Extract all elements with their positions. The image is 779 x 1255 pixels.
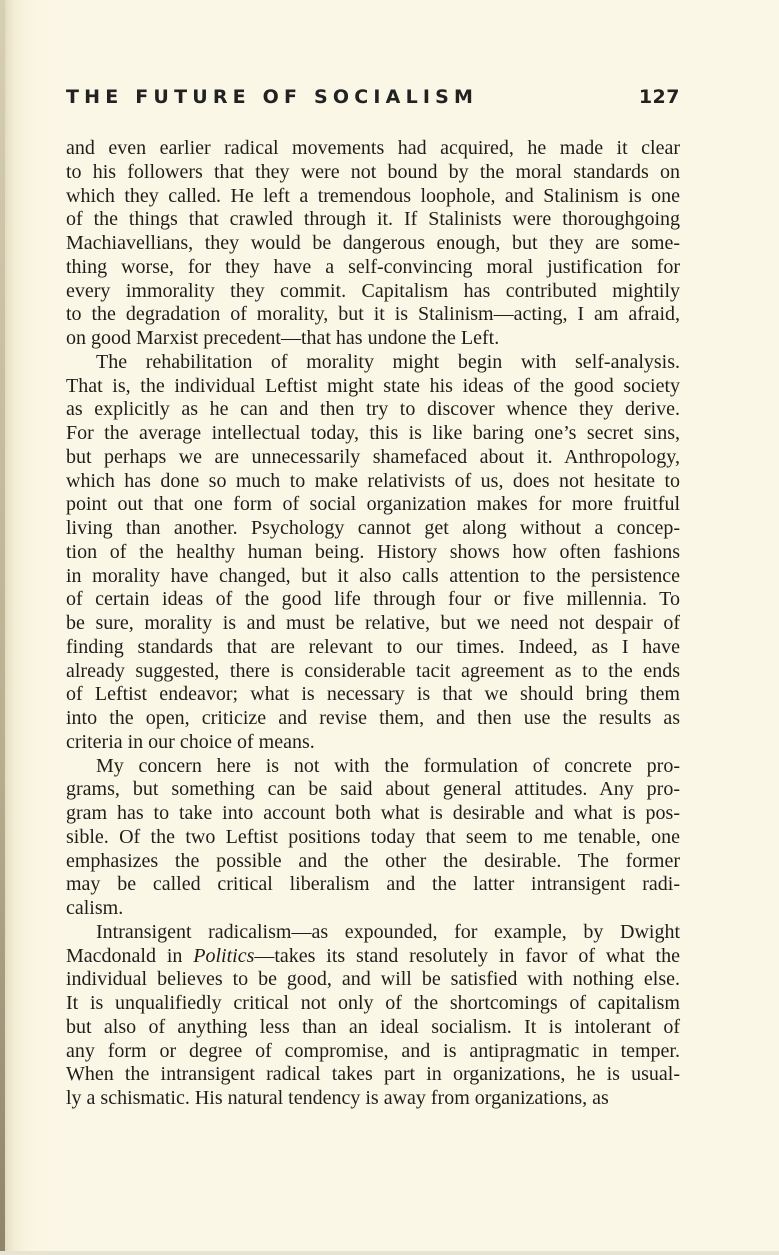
book-page: THE FUTURE OF SOCIALISM 127 and even ear… (0, 0, 779, 1255)
text-line: may be called critical liberalism and th… (66, 873, 680, 897)
text-line: criteria in our choice of means. (66, 731, 680, 755)
page-number: 127 (639, 86, 680, 108)
text-line: of Leftist endeavor; what is necessary i… (66, 683, 680, 707)
text-line: finding standards that are relevant to o… (66, 636, 680, 660)
text-line: tion of the healthy human being. History… (66, 541, 680, 565)
paragraph: My concern here is not with the formulat… (66, 755, 680, 921)
text-line: individual believes to be good, and will… (66, 968, 680, 992)
text-line: which has done so much to make relativis… (66, 470, 680, 494)
text-line: already suggested, there is considerable… (66, 660, 680, 684)
running-head: THE FUTURE OF SOCIALISM 127 (66, 86, 680, 112)
running-title: THE FUTURE OF SOCIALISM (66, 86, 478, 108)
italic-title: Politics (193, 945, 254, 967)
paragraph: Intransigent radicalism—as expounded, fo… (66, 921, 680, 1111)
text-line: grams, but something can be said about g… (66, 778, 680, 802)
paragraph: The rehabilitation of morality might beg… (66, 351, 680, 755)
text-line: of certain ideas of the good life throug… (66, 588, 680, 612)
text-line: Machiavellians, they would be dangerous … (66, 232, 680, 256)
text-line: Macdonald in Politics—takes its stand re… (66, 945, 680, 969)
text-line: The rehabilitation of morality might beg… (66, 351, 680, 375)
text-line: to his followers that they were not boun… (66, 161, 680, 185)
text-line: emphasizes the possible and the other th… (66, 850, 680, 874)
text-line: gram has to take into account both what … (66, 802, 680, 826)
paragraph: and even earlier radical movements had a… (66, 137, 680, 351)
text-line: For the average intellectual today, this… (66, 422, 680, 446)
text-line: living than another. Psychology cannot g… (66, 517, 680, 541)
text-line: as explicitly as he can and then try to … (66, 398, 680, 422)
text-line: be sure, morality is and must be relativ… (66, 612, 680, 636)
text-line: and even earlier radical movements had a… (66, 137, 680, 161)
text-line: but perhaps we are unnecessarily shamefa… (66, 446, 680, 470)
text-line: Intransigent radicalism—as expounded, fo… (66, 921, 680, 945)
page-bottom-edge (0, 1251, 779, 1255)
text-line: That is, the individual Leftist might st… (66, 375, 680, 399)
text-line: every immorality they commit. Capitalism… (66, 280, 680, 304)
text-line: ly a schismatic. His natural tendency is… (66, 1087, 680, 1111)
text-line: any form or degree of compromise, and is… (66, 1040, 680, 1064)
text-line: to the degradation of morality, but it i… (66, 303, 680, 327)
text-line: but also of anything less than an ideal … (66, 1016, 680, 1040)
text-line: into the open, criticize and revise them… (66, 707, 680, 731)
text-line: calism. (66, 897, 680, 921)
text-line: in morality have changed, but it also ca… (66, 565, 680, 589)
text-line: When the intransigent radical takes part… (66, 1063, 680, 1087)
text-line: My concern here is not with the formulat… (66, 755, 680, 779)
text-line: of the things that crawled through it. I… (66, 208, 680, 232)
body-text: and even earlier radical movements had a… (66, 137, 680, 1111)
text-line: sible. Of the two Leftist positions toda… (66, 826, 680, 850)
text-line: on good Marxist precedent—that has undon… (66, 327, 680, 351)
text-line: It is unqualifiedly critical not only of… (66, 992, 680, 1016)
binding-edge (0, 0, 5, 1255)
text-line: point out that one form of social organi… (66, 493, 680, 517)
text-line: thing worse, for they have a self-convin… (66, 256, 680, 280)
text-line: which they called. He left a tremendous … (66, 185, 680, 209)
